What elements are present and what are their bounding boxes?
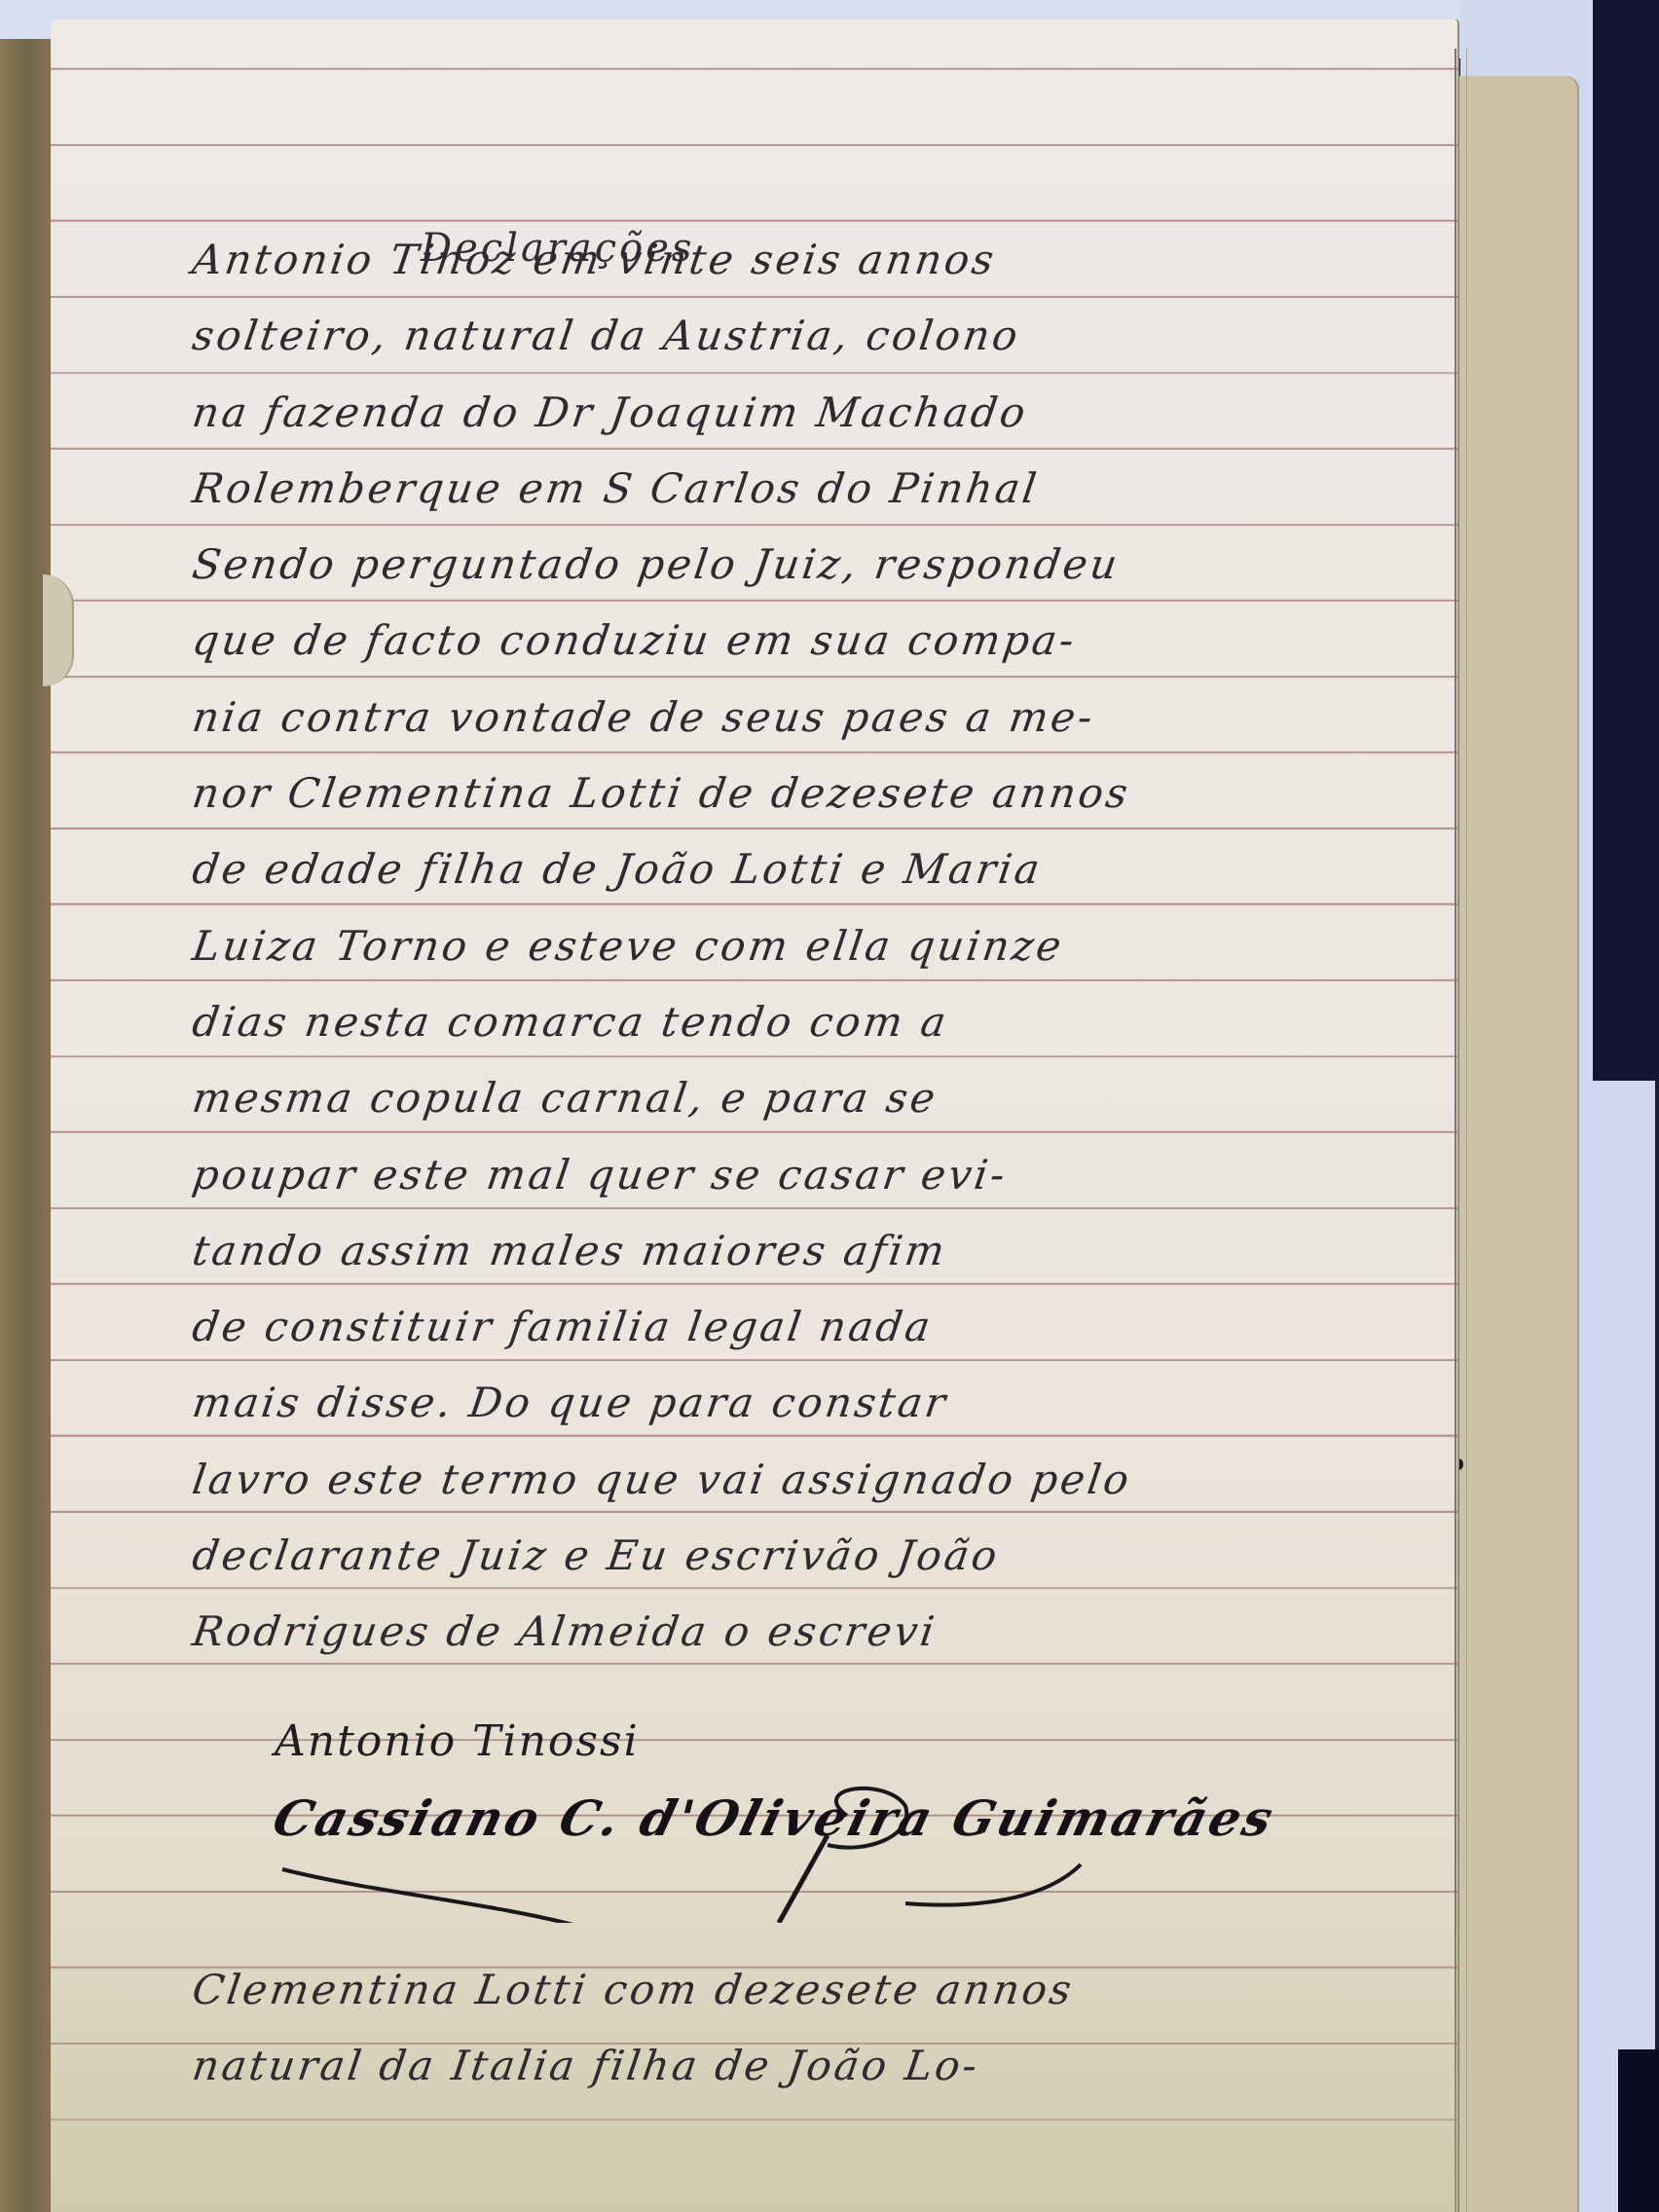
text-line: dias nesta comarca tendo com a [187,984,1317,1060]
page-tab-notch [43,574,74,686]
right-margin-rule-secondary [1466,49,1467,2212]
text-line: nia contra vontade de seus paes a me- [187,680,1317,756]
text-line: tando assim males maiores afim [187,1213,1317,1289]
signature-judge: Cassiano C. d'Oliveira Guimarães [268,1789,1281,1847]
text-line: que de facto conduziu em sua compa- [187,603,1317,679]
text-line: de constituir familia legal nada [187,1289,1317,1365]
text-line: de edade filha de João Lotti e Maria [187,831,1317,907]
background-dark-surface [1593,0,1659,1081]
text-line: na fazenda do Dr Joaquim Machado [187,375,1317,451]
continuation-body: Clementina Lotti com dezesete annos natu… [193,1952,1312,2105]
text-line: poupar este mal quer se casar evi- [187,1137,1317,1213]
text-line: solteiro, natural da Austria, colono [187,298,1317,374]
declaration-body: Antonio Tinoz em vinte seis annos soltei… [193,222,1312,1671]
text-line: Antonio Tinoz em vinte seis annos [187,222,1317,298]
text-line: lavro este termo que vai assignado pelo [187,1442,1317,1518]
text-line: Rolemberque em S Carlos do Pinhal [187,451,1317,527]
text-line: Sendo perguntado pelo Juiz, respondeu [187,527,1317,603]
text-line: mais disse. Do que para constar [187,1365,1317,1441]
text-line: declarante Juiz e Eu escrivão João [187,1518,1317,1594]
text-line: Rodrigues de Almeida o escrevi [187,1594,1317,1670]
signature-declarant: Antonio Tinossi [275,1716,640,1766]
text-line: mesma copula carnal, e para se [187,1060,1317,1136]
text-line: nor Clementina Lotti de dezesete annos [187,756,1317,831]
background-dark-surface-lower [1618,2049,1659,2212]
binder-edge-left [0,39,55,2212]
text-line: Luiza Torno e esteve com ella quinze [187,908,1317,984]
text-line: natural da Italia filha de João Lo- [187,2028,1317,2104]
text-line: Clementina Lotti com dezesete annos [187,1952,1317,2028]
